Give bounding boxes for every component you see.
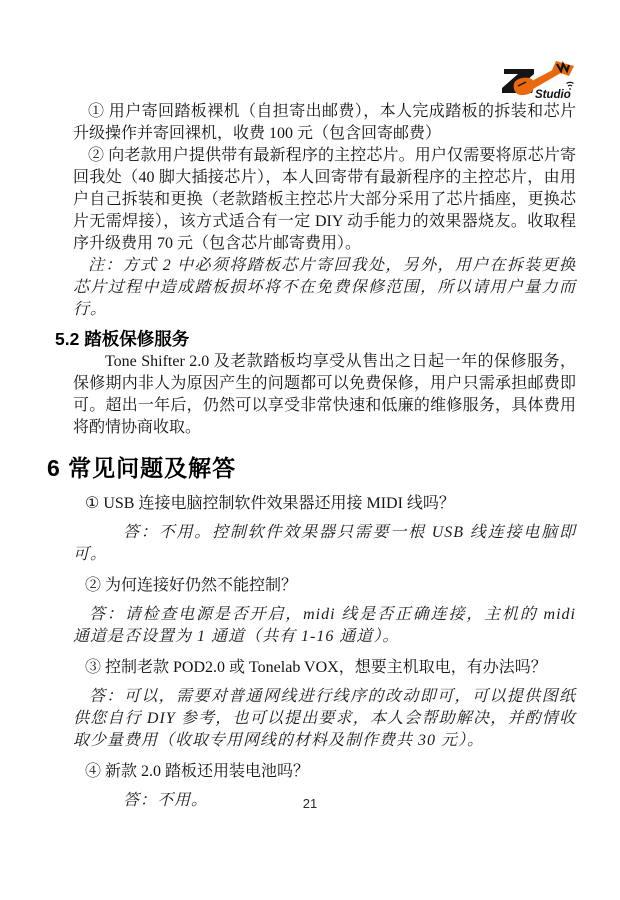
section-heading-faq: 6 常见问题及解答 bbox=[47, 452, 576, 484]
faq-item: ② 为何连接好仍然不能控制？ 答：请检查电源是否开启，midi 线是否正确连接，… bbox=[73, 575, 576, 648]
faq-answer-2: 答：请检查电源是否开启，midi 线是否正确连接，主机的 midi 通道是否设置… bbox=[73, 604, 576, 648]
faq-question-1: ① USB 连接电脑控制软件效果器还用接 MIDI 线吗？ bbox=[73, 493, 576, 515]
warranty-paragraph: Tone Shifter 2.0 及老款踏板均享受从售出之日起一年的保修服务，保… bbox=[73, 351, 576, 439]
faq-answer-3: 答：可以，需要对普通网线进行线序的改动即可，可以提供图纸供您自行 DIY 参考，… bbox=[73, 686, 576, 752]
faq-question-4: ④ 新款 2.0 踏板还用装电池吗？ bbox=[73, 761, 576, 783]
upgrade-option-2: ② 向老款用户提供带有最新程序的主控芯片。用户仅需要将原芯片寄回我处（40 脚大… bbox=[73, 145, 576, 255]
faq-item: ① USB 连接电脑控制软件效果器还用接 MIDI 线吗？ 答：不用。控制软件效… bbox=[73, 493, 576, 566]
faq-item: ③ 控制老款 POD2.0 或 Tonelab VOX，想要主机取电，有办法吗？… bbox=[73, 657, 576, 752]
document-content: ① 用户寄回踏板裸机（自担寄出邮费），本人完成踏板的拆装和芯片升级操作并寄回裸机… bbox=[73, 0, 576, 812]
section-heading-warranty: 5.2 踏板保修服务 bbox=[55, 327, 576, 351]
faq-question-2: ② 为何连接好仍然不能控制？ bbox=[73, 575, 576, 597]
upgrade-note: 注：方式 2 中必须将踏板芯片寄回我处，另外，用户在拆装更换芯片过程中造成踏板损… bbox=[73, 255, 576, 321]
upgrade-option-1: ① 用户寄回踏板裸机（自担寄出邮费），本人完成踏板的拆装和芯片升级操作并寄回裸机… bbox=[73, 101, 576, 145]
page-number: 21 bbox=[0, 796, 620, 811]
faq-question-3: ③ 控制老款 POD2.0 或 Tonelab VOX，想要主机取电，有办法吗？ bbox=[73, 657, 576, 679]
faq-answer-1: 答：不用。控制软件效果器只需要一根 USB 线连接电脑即可。 bbox=[73, 522, 576, 566]
document-page: Studio ① 用户寄回踏板裸机（自担寄出邮费），本人完成踏板的拆装和芯片升级… bbox=[0, 0, 620, 900]
